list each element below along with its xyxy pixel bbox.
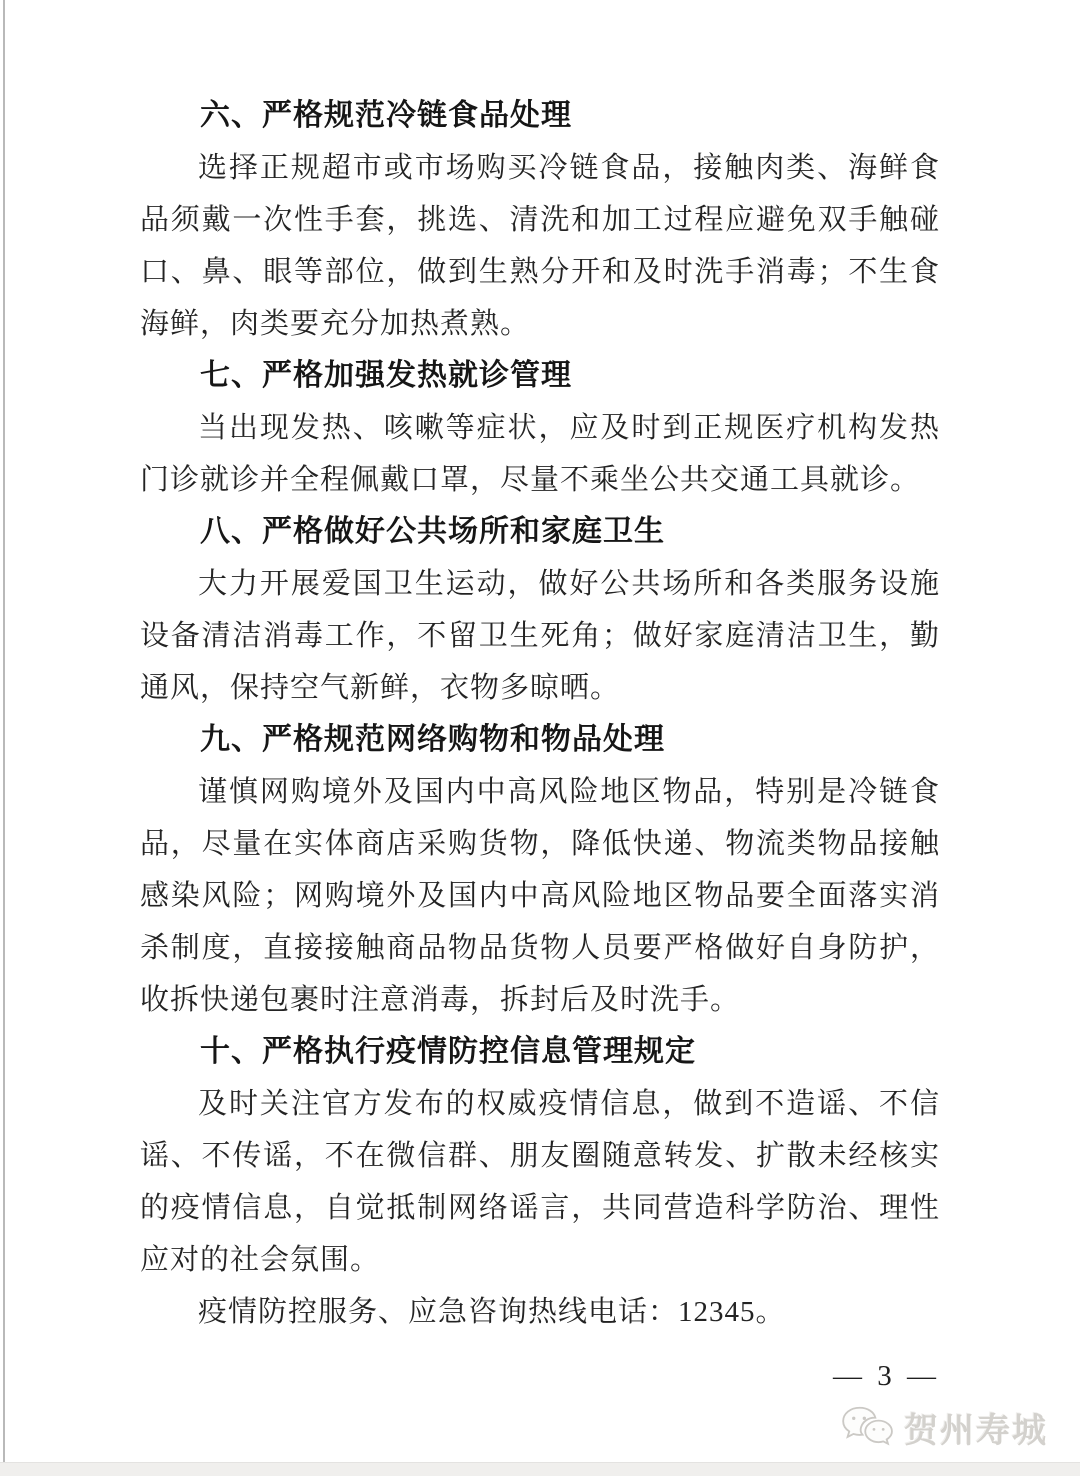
- document-content: 六、严格规范冷链食品处理 选择正规超市或市场购买冷链食品，接触肉类、海鲜食品须戴…: [0, 0, 1080, 1398]
- watermark: 贺州寿城: [840, 1403, 1048, 1452]
- section-heading-ten: 十、严格执行疫情防控信息管理规定: [140, 1026, 940, 1078]
- section-heading-nine: 九、严格规范网络购物和物品处理: [140, 714, 940, 766]
- section-paragraph: 选择正规超市或市场购买冷链食品，接触肉类、海鲜食品须戴一次性手套，挑选、清洗和加…: [140, 142, 940, 350]
- section-paragraph: 谨慎网购境外及国内中高风险地区物品，特别是冷链食品，尽量在实体商店采购货物，降低…: [140, 766, 940, 1026]
- section-heading-seven: 七、严格加强发热就诊管理: [140, 350, 940, 402]
- watermark-text: 贺州寿城: [904, 1403, 1048, 1452]
- hotline-paragraph: 疫情防控服务、应急咨询热线电话：12345。: [140, 1286, 940, 1338]
- section-paragraph: 及时关注官方发布的权威疫情信息，做到不造谣、不信谣、不传谣，不在微信群、朋友圈随…: [140, 1078, 940, 1286]
- wechat-icon: [840, 1405, 896, 1451]
- section-heading-eight: 八、严格做好公共场所和家庭卫生: [140, 506, 940, 558]
- document-page: 六、严格规范冷链食品处理 选择正规超市或市场购买冷链食品，接触肉类、海鲜食品须戴…: [0, 0, 1080, 1476]
- section-heading-six: 六、严格规范冷链食品处理: [140, 90, 940, 142]
- page-number: — 3 —: [140, 1354, 940, 1398]
- section-paragraph: 当出现发热、咳嗽等症状，应及时到正规医疗机构发热门诊就诊并全程佩戴口罩，尽量不乘…: [140, 402, 940, 506]
- bottom-strip: [0, 1462, 1080, 1476]
- section-paragraph: 大力开展爱国卫生运动，做好公共场所和各类服务设施设备清洁消毒工作，不留卫生死角；…: [140, 558, 940, 714]
